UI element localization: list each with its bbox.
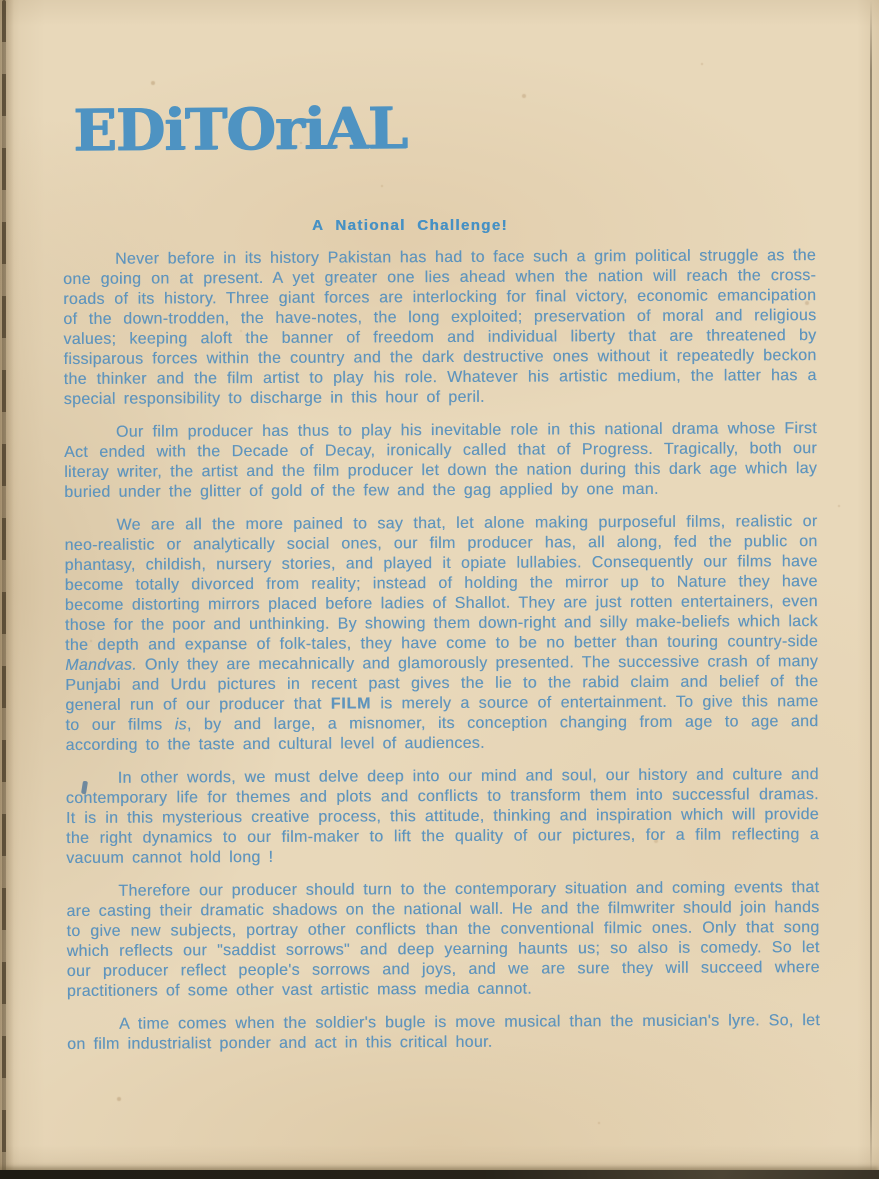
editorial-article: Never before in its history Pakistan has…: [63, 246, 820, 1068]
paragraph: We are all the more pained to say that, …: [64, 512, 818, 756]
scan-strip-bottom: [0, 1170, 879, 1179]
paragraph: Never before in its history Pakistan has…: [63, 246, 817, 410]
page-title: EDiTOriAL: [73, 100, 407, 159]
scan-edge-right: [870, 0, 872, 1179]
section-heading: A National Challenge!: [312, 217, 508, 234]
paragraph: Our film producer has thus to play his i…: [64, 419, 817, 503]
paragraph: A time comes when the soldier's bugle is…: [67, 1011, 820, 1055]
scan-edge-left: [2, 0, 6, 1179]
paragraph: Therefore our producer should turn to th…: [66, 878, 820, 1002]
foxing-specks: [0, 0, 2, 2]
magazine-page: EDiTOriAL A National Challenge! Never be…: [0, 0, 879, 1179]
paragraph: In other words, we must delve deep into …: [66, 765, 820, 869]
